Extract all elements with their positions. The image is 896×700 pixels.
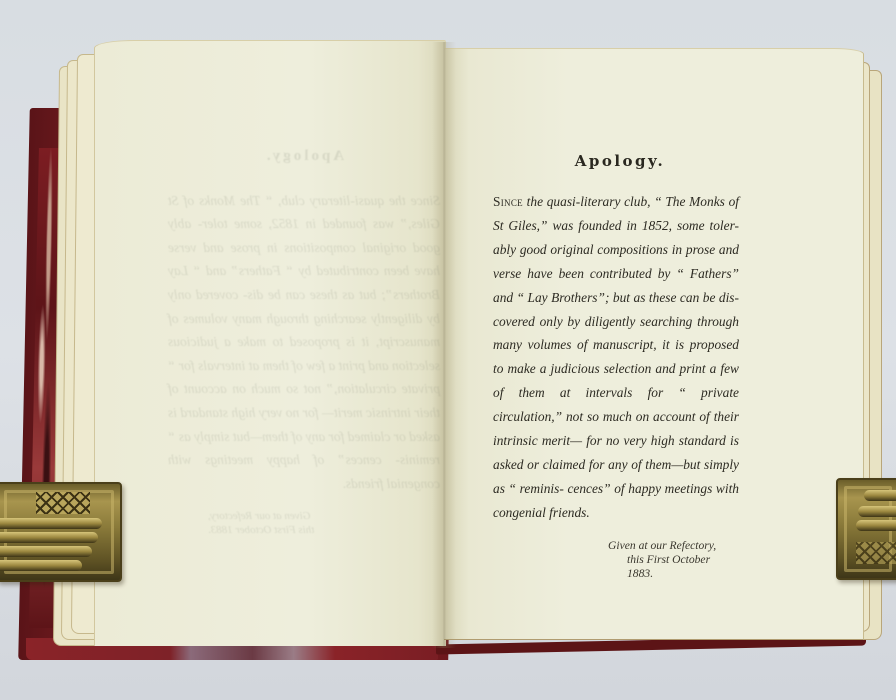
brass-clasp-left bbox=[0, 482, 122, 582]
opening-small-caps: Since bbox=[493, 194, 523, 209]
show-through-signature: Given at our Refectory, this First Octob… bbox=[168, 509, 440, 537]
clasp-hand-finger bbox=[0, 546, 92, 557]
clasp-hand-finger bbox=[0, 532, 98, 543]
right-page-content: Apology. Since the quasi-literary club, … bbox=[496, 152, 736, 581]
photo-scene: Apology. Since the quasi-literary club, … bbox=[0, 0, 896, 700]
clasp-lattice bbox=[36, 492, 90, 514]
signature-line-1: Given at our Refectory, bbox=[496, 539, 736, 553]
signature-block: Given at our Refectory, this First Octob… bbox=[496, 539, 736, 581]
clasp-hand-finger bbox=[0, 518, 102, 529]
clasp-lattice bbox=[856, 542, 896, 564]
clasp-hand-finger bbox=[858, 506, 896, 517]
show-through-body: Since the quasi-literary club, “ The Mon… bbox=[168, 189, 440, 496]
clasp-hand-finger bbox=[0, 560, 82, 571]
brass-clasp-right bbox=[836, 478, 896, 580]
clasp-hand-finger bbox=[856, 520, 896, 531]
clasp-hand-finger bbox=[864, 490, 896, 501]
show-through-text: Apology. Since the quasi-literary club, … bbox=[168, 145, 440, 505]
show-through-title: Apology. bbox=[168, 145, 440, 169]
signature-line-2: this First October 1883. bbox=[496, 553, 736, 581]
page-title: Apology. bbox=[504, 152, 736, 170]
apology-paragraph: Since the quasi-literary club, “ The Mon… bbox=[493, 190, 739, 525]
